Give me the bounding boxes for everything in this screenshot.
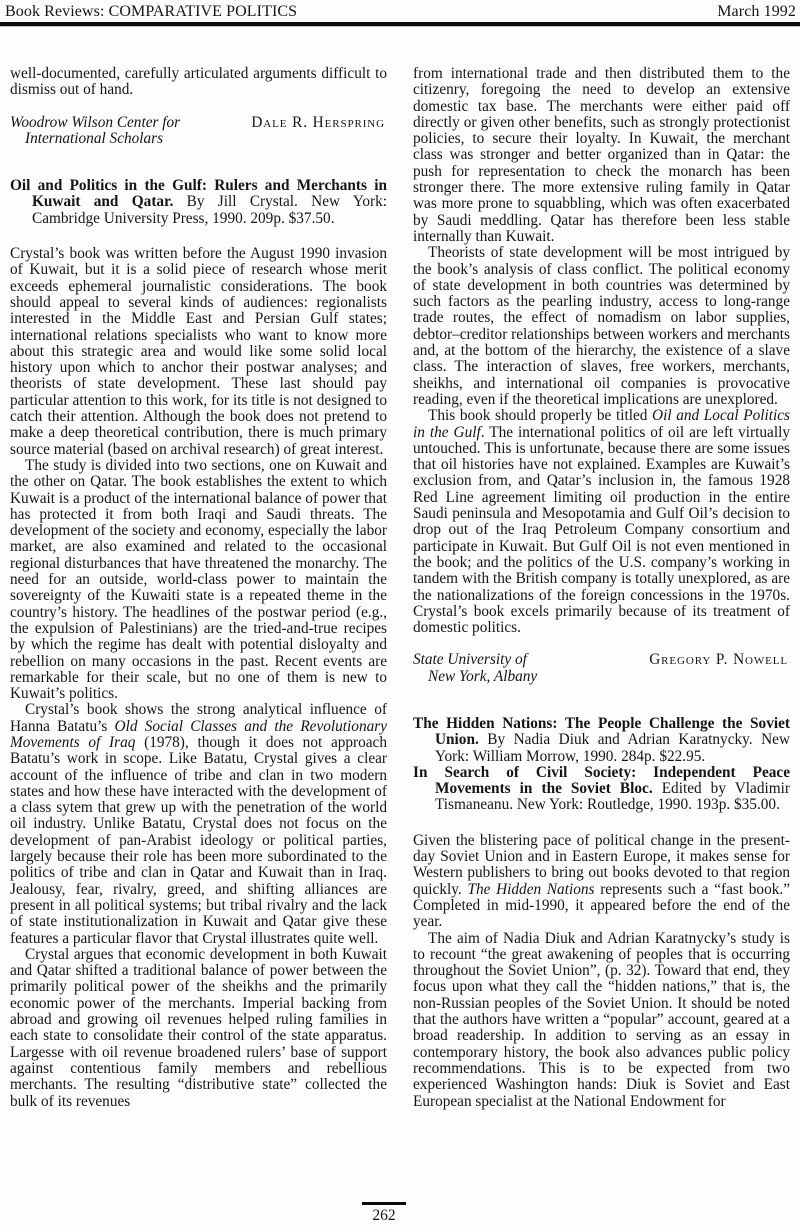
running-title: Book Reviews: COMPARATIVE POLITICS <box>5 3 297 21</box>
reviewer-affiliation: Woodrow Wilson Center for International … <box>10 115 180 148</box>
page-footer: 262 <box>0 1202 784 1225</box>
carryover-paragraph: well-documented, carefully articulated a… <box>10 66 387 99</box>
issue-date: March 1992 <box>717 3 796 21</box>
reviewer-name: Gregory P. Nowell <box>649 652 790 668</box>
footer-rule <box>362 1202 406 1205</box>
book-citation-oil-and-politics: Oil and Politics in the Gulf: Rulers and… <box>10 178 387 227</box>
review-paragraph: The aim of Nadia Diuk and Adrian Karatny… <box>413 931 790 1110</box>
review-paragraph: This book should properly be titled Oil … <box>413 408 790 636</box>
reviewer-name: Dale R. Herspring <box>251 115 387 131</box>
review-paragraph: Crystal argues that economic development… <box>10 947 387 1110</box>
right-column: from international trade and then distri… <box>413 66 790 1110</box>
affiliation-line-1: Woodrow Wilson Center for <box>10 115 180 131</box>
review-paragraph: The study is divided into two sections, … <box>10 458 387 702</box>
review-paragraph: Crystal’s book was written before the Au… <box>10 246 387 458</box>
page-number: 262 <box>0 1207 784 1225</box>
affiliation-line-2: International Scholars <box>10 131 180 147</box>
header-rule <box>0 22 800 26</box>
affiliation-line-1: State University of <box>413 652 537 668</box>
reviewer-affiliation: State University of New York, Albany <box>413 652 537 685</box>
review-paragraph: Crystal’s book shows the strong analytic… <box>10 702 387 946</box>
signature-block-nowell: State University of New York, Albany Gre… <box>413 652 790 685</box>
signature-block-herspring: Woodrow Wilson Center for International … <box>10 115 387 148</box>
text-columns: well-documented, carefully articulated a… <box>0 66 800 1110</box>
left-column: well-documented, carefully articulated a… <box>10 66 387 1110</box>
book-citation-civil-society: In Search of Civil Society: Independent … <box>413 765 790 814</box>
journal-page: Book Reviews: COMPARATIVE POLITICS March… <box>0 0 800 1232</box>
affiliation-line-2: New York, Albany <box>413 669 537 685</box>
review-paragraph-continuation: from international trade and then distri… <box>413 66 790 245</box>
review-paragraph: Given the blistering pace of political c… <box>413 833 790 931</box>
page-header: Book Reviews: COMPARATIVE POLITICS March… <box>0 0 800 21</box>
review-paragraph: Theorists of state development will be m… <box>413 245 790 408</box>
book-citation-hidden-nations: The Hidden Nations: The People Challenge… <box>413 716 790 765</box>
